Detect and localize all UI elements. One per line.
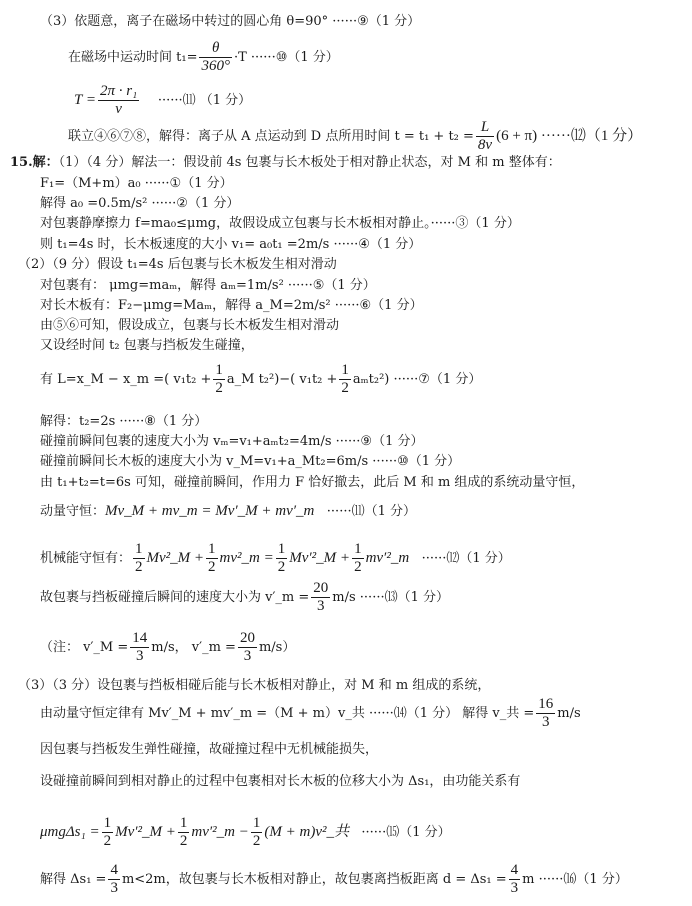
line-text: (6 + π) ······⑿（1 分） xyxy=(496,128,642,144)
frac-den: 3 xyxy=(536,714,555,731)
frac-num: 20 xyxy=(311,580,330,598)
line-text: aₘt₂²) ······⑦（1 分） xyxy=(353,372,481,387)
frac-num: 2π · r₁ xyxy=(98,83,139,101)
frac-num: 1 xyxy=(102,815,114,833)
part2-line2: 对长木板有：F₂−μmg=Maₘ，解得 a_M=2m/s² ······⑥（1 … xyxy=(40,298,423,314)
part2-line1: 对包裹有： μmg=maₘ，解得 aₘ=1m/s² ······⑤（1 分） xyxy=(40,278,376,294)
q15-heading: 15.解：（1）（4 分）解法一：假设前 4s 包裹与长木板处于相对静止状态，对… xyxy=(10,155,561,171)
fraction-half: 12 xyxy=(276,541,288,576)
part1-line3: 对包裹静摩擦力 f=ma₀≤μmg，故假设成立包裹与长木板相对静止。······… xyxy=(40,216,520,232)
frac-den: 2 xyxy=(339,380,351,397)
momentum-equation: Mv_M + mv_m = Mv′_M + mv′_m xyxy=(105,503,314,519)
frac-num: 1 xyxy=(276,541,288,559)
line-text: ······⑾ （1 分） xyxy=(158,93,251,108)
fraction-half: 12 xyxy=(133,541,145,576)
line-text: ······⑿（1 分） xyxy=(422,551,511,566)
line-text: m ······⒃（1 分） xyxy=(522,872,628,887)
frac-num: L xyxy=(476,119,494,137)
term: μmgΔs₁ = xyxy=(40,824,100,840)
part1-line1: F₁=（M+m）a₀ ······①（1 分） xyxy=(40,176,233,192)
prev-part3-line3: T =2π · r₁v ······⑾ （1 分） xyxy=(74,80,251,121)
part3-line2: 因包裹与挡板发生弹性碰撞，故碰撞过程中无机械能损失， xyxy=(40,742,378,758)
fraction-half: 12 xyxy=(206,541,218,576)
line-text: a_M t₂²)−( v₁t₂ + xyxy=(227,372,338,387)
part3-heading: （3）（3 分）设包裹与挡板相碰后能与长木板相对静止，对 M 和 m 组成的系统… xyxy=(18,678,490,694)
frac-num: 1 xyxy=(206,541,218,559)
frac-num: 1 xyxy=(178,815,190,833)
frac-den: 3 xyxy=(509,880,521,897)
term: mv′²_m xyxy=(366,550,410,566)
part2-note: （注： v′_M =143m/s， v′_m =203m/s） xyxy=(40,628,295,668)
frac-num: 1 xyxy=(133,541,145,559)
frac-num: 4 xyxy=(509,862,521,880)
line-text: 由动量守恒定律有 Mv′_M + mv′_m =（M + m）v_共 ·····… xyxy=(40,706,534,721)
part3-final: 解得 Δs₁ =43m<2m，故包裹与长木板相对静止，故包裹离挡板距离 d = … xyxy=(40,860,628,900)
frac-num: 14 xyxy=(130,630,149,648)
part2-heading: （2）（9 分）假设 t₁=4s 后包裹与长木板发生相对滑动 xyxy=(18,257,337,273)
frac-num: 4 xyxy=(108,862,120,880)
frac-den: 3 xyxy=(108,880,120,897)
frac-den: 360° xyxy=(199,58,232,75)
frac-den: 2 xyxy=(206,559,218,576)
term: Mv′²_M + xyxy=(115,824,176,840)
part3-line3: 设碰撞前瞬间到相对静止的过程中包裹相对长木板的位移大小为 Δs₁，由功能关系有 xyxy=(40,774,520,790)
part2-line8: 由 t₁+t₂=t=6s 可知，碰撞前瞬间，作用力 F 恰好撤去，此后 M 和 … xyxy=(40,475,584,491)
line-text: 故包裹与挡板碰撞后瞬间的速度大小为 v′_m = xyxy=(40,590,309,605)
prev-part3-line2: 在磁场中运动时间 t₁=θ360°·T ······⑩（1 分） xyxy=(68,38,339,78)
part2-line4: 又设经时间 t₂ 包裹与挡板发生碰撞， xyxy=(40,338,254,354)
line-text: m/s ······⒀（1 分） xyxy=(332,590,449,605)
part2-eq7: 有 L=x_M − x_m =( v₁t₂ +12a_M t₂²)−( v₁t₂… xyxy=(40,360,481,400)
line-text: ······⑾（1 分） xyxy=(327,504,416,519)
line-text: m/s xyxy=(557,706,580,721)
line-text: （注： v′_M = xyxy=(40,640,128,655)
question-number: 15. xyxy=(10,155,33,170)
frac-den: 3 xyxy=(238,648,257,665)
line-text: ·T ······⑩（1 分） xyxy=(234,50,339,65)
frac-den: 8v xyxy=(476,137,494,154)
frac-den: 2 xyxy=(213,380,225,397)
prev-part3-line4: 联立④⑥⑦⑧，解得：离子从 A 点运动到 D 点所用时间 t = t₁ + t₂… xyxy=(68,116,642,157)
part3-momentum: 由动量守恒定律有 Mv′_M + mv′_m =（M + m）v_共 ·····… xyxy=(40,694,581,734)
frac-den: 2 xyxy=(133,559,145,576)
line-text: T = xyxy=(74,92,96,108)
part1-line4: 则 t₁=4s 时，长木板速度的大小 v₁= a₀t₁ =2m/s ······… xyxy=(40,237,421,253)
line-text: 联立④⑥⑦⑧，解得：离子从 A 点运动到 D 点所用时间 t = t₁ + t₂… xyxy=(68,129,474,144)
frac-den: 3 xyxy=(311,598,330,615)
fraction-half: 12 xyxy=(339,362,351,397)
part2-line3: 由⑤⑥可知，假设成立，包裹与长木板发生相对滑动 xyxy=(40,318,339,334)
line-text: m/s， v′_m = xyxy=(151,640,236,655)
part2-momentum: 动量守恒：Mv_M + mv_m = Mv′_M + mv′_m ······⑾… xyxy=(40,503,416,520)
line-text: 有 L=x_M − x_m =( v₁t₂ + xyxy=(40,372,211,387)
line-text: ······⒂（1 分） xyxy=(361,825,450,840)
prev-part3-line1: （3）依题意，离子在磁场中转过的圆心角 θ=90° ······⑨（1 分） xyxy=(40,14,420,30)
fraction-half: 12 xyxy=(102,815,114,850)
part2-line5: 解得：t₂=2s ······⑧（1 分） xyxy=(40,414,207,430)
fraction-half: 12 xyxy=(213,362,225,397)
fraction-half: 12 xyxy=(178,815,190,850)
frac-den: 2 xyxy=(352,559,364,576)
frac-num: 1 xyxy=(352,541,364,559)
frac-num: 16 xyxy=(536,696,555,714)
part2-energy: 机械能守恒有：12Mv²_M +12mv²_m =12Mv′²_M +12mv′… xyxy=(40,538,511,579)
term: Mv²_M + xyxy=(147,550,205,566)
frac-num: 20 xyxy=(238,630,257,648)
frac-num: θ xyxy=(199,40,232,58)
frac-den: 2 xyxy=(102,833,114,850)
fraction-theta-360: θ360° xyxy=(199,40,232,75)
term: (M + m)v²_共 xyxy=(264,824,349,840)
fraction-20-3: 203 xyxy=(238,630,257,665)
frac-den: 2 xyxy=(276,559,288,576)
frac-num: 1 xyxy=(251,815,263,833)
fraction-period: 2π · r₁v xyxy=(98,83,139,118)
frac-num: 1 xyxy=(213,362,225,380)
line-text: m/s） xyxy=(259,640,295,655)
term: mv′²_m − xyxy=(191,824,248,840)
solve-label: 解： xyxy=(33,155,59,170)
part2-line6: 碰撞前瞬间包裹的速度大小为 vₘ=v₁+aₘt₂=4m/s ······⑨（1 … xyxy=(40,434,423,450)
fraction-4-3: 43 xyxy=(509,862,521,897)
fraction-20-3: 203 xyxy=(311,580,330,615)
line-text: 机械能守恒有： xyxy=(40,551,131,566)
fraction-half: 12 xyxy=(352,541,364,576)
line-text: 动量守恒： xyxy=(40,504,105,519)
part2-after-collision: 故包裹与挡板碰撞后瞬间的速度大小为 v′_m =203m/s ······⒀（1… xyxy=(40,578,449,618)
part1-line2: 解得 a₀ =0.5m/s² ······②（1 分） xyxy=(40,196,239,212)
term: mv²_m = xyxy=(220,550,274,566)
frac-num: 1 xyxy=(339,362,351,380)
fraction-14-3: 143 xyxy=(130,630,149,665)
fraction-16-3: 163 xyxy=(536,696,555,731)
line-text: 在磁场中运动时间 t₁= xyxy=(68,50,197,65)
part2-line7: 碰撞前瞬间长木板的速度大小为 v_M=v₁+a_Mt₂=6m/s ······⑩… xyxy=(40,454,460,470)
fraction-L-8v: L8v xyxy=(476,119,494,154)
fraction-4-3: 43 xyxy=(108,862,120,897)
frac-den: 2 xyxy=(251,833,263,850)
fraction-half: 12 xyxy=(251,815,263,850)
frac-den: 3 xyxy=(130,648,149,665)
frac-den: 2 xyxy=(178,833,190,850)
part3-eq15: μmgΔs₁ =12Mv′²_M +12mv′²_m −12(M + m)v²_… xyxy=(40,812,451,853)
term: Mv′²_M + xyxy=(289,550,350,566)
part1-heading: （1）（4 分）解法一：假设前 4s 包裹与长木板处于相对静止状态，对 M 和 … xyxy=(59,155,561,170)
line-text: m<2m，故包裹与长木板相对静止，故包裹离挡板距离 d = Δs₁ = xyxy=(122,872,507,887)
line-text: 解得 Δs₁ = xyxy=(40,872,106,887)
